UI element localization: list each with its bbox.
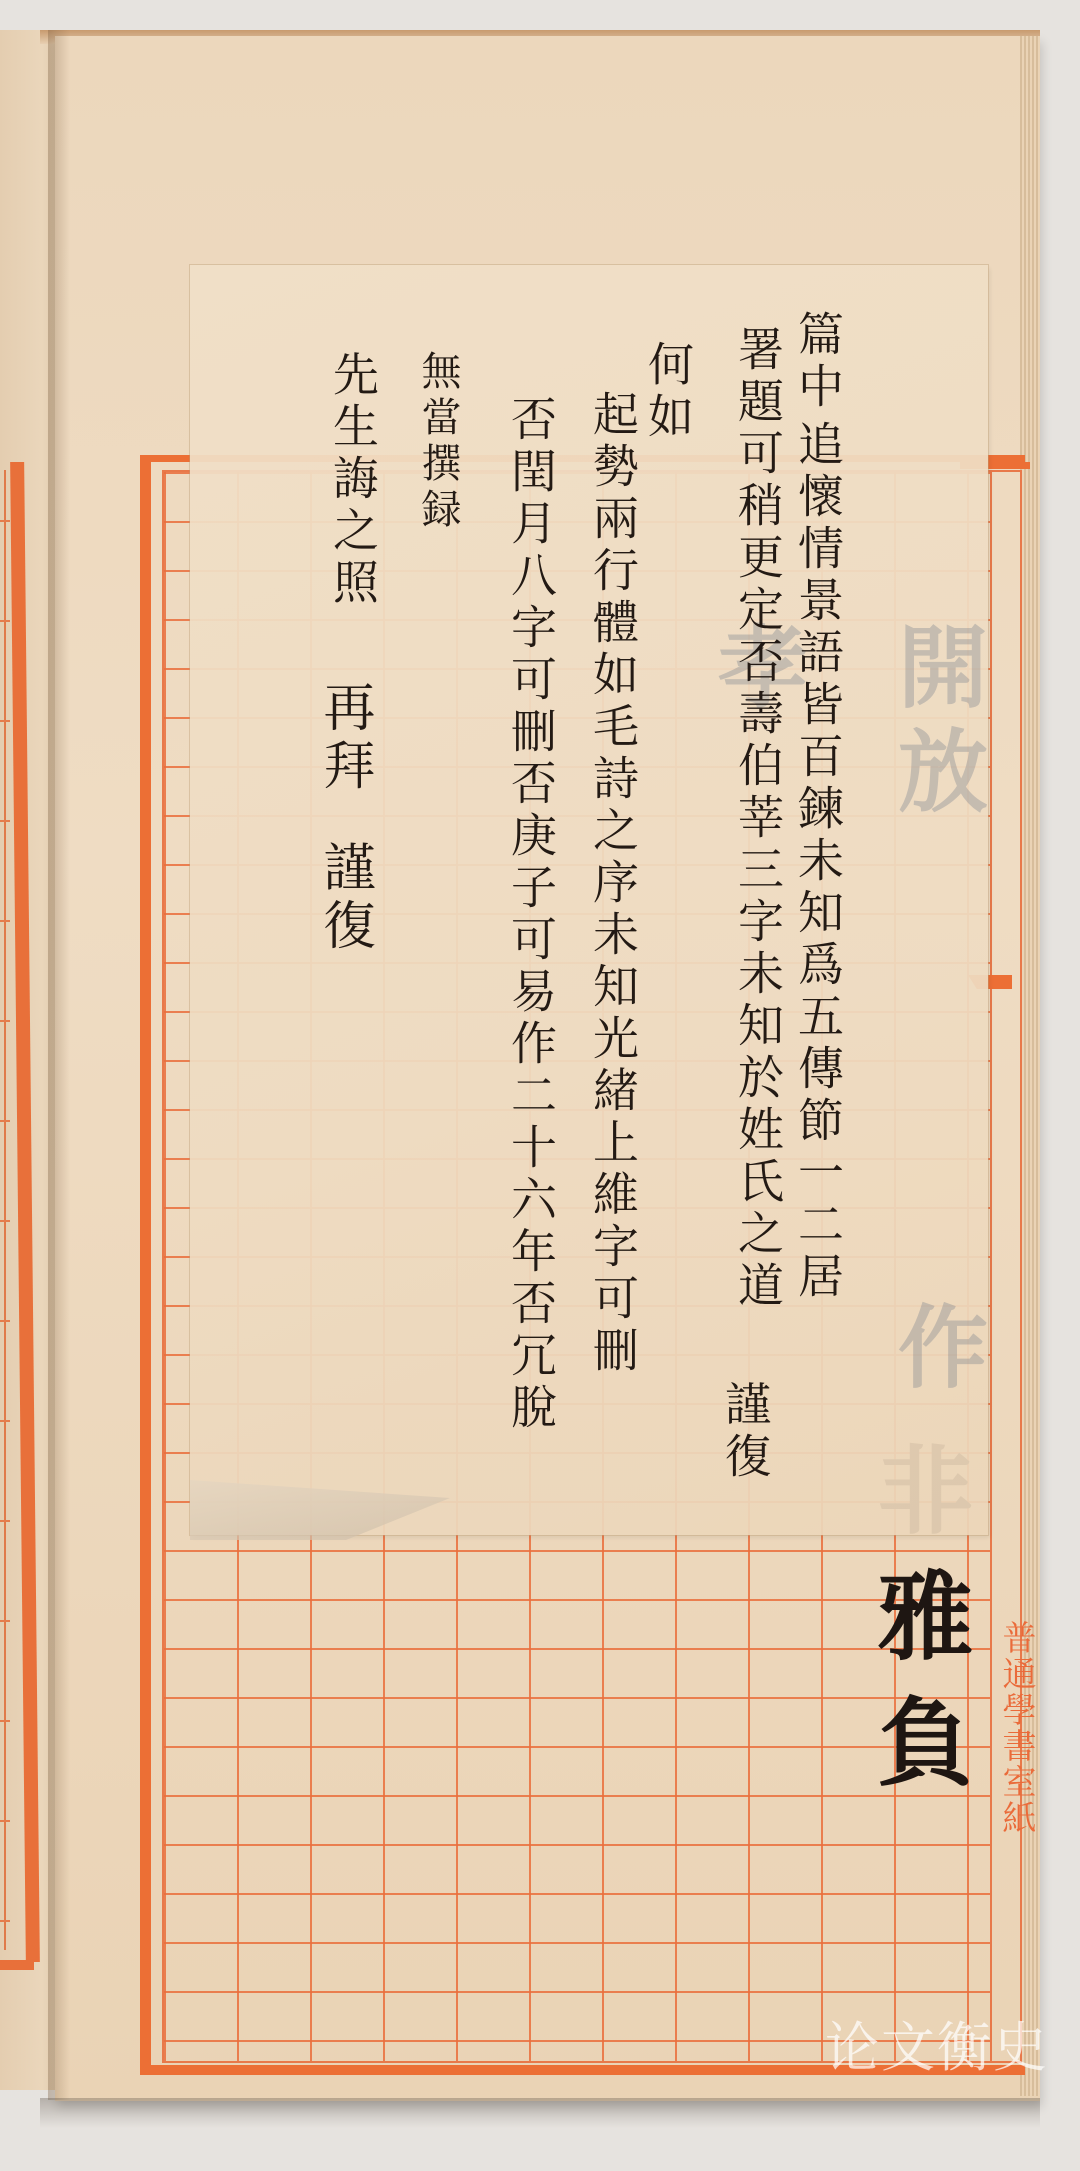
letter-column-3: 何如 — [645, 340, 691, 444]
left-page-rule — [0, 1920, 10, 1922]
left-page-bottom-border — [0, 1960, 34, 1970]
left-page-rule — [0, 1320, 10, 1322]
left-page-rule — [0, 720, 10, 722]
reply-mark: 謹復 — [722, 1380, 768, 1484]
left-page-frame-line — [4, 470, 6, 1950]
letter-column-4: 起勢兩行體如毛詩之序未知光緒上維字可刪 — [590, 390, 636, 1378]
left-page-rule — [0, 820, 10, 822]
letter-column-7: 先生誨之照 — [330, 350, 376, 610]
letter-closing: 謹復 — [318, 840, 370, 956]
book-spine-shadow — [48, 30, 70, 2100]
paper-maker-seal-text: 普通學書室紙 — [992, 1620, 1041, 1836]
left-page-rule — [0, 1720, 10, 1722]
left-page-rule — [0, 1820, 10, 1822]
letter-column-2: 署題可稍更定否壽伯莘三字未知於姓氏之道 — [735, 325, 781, 1313]
bleed-through-text: 開放 — [870, 620, 1000, 828]
left-page-rule — [0, 520, 10, 522]
left-page-rule — [0, 1120, 10, 1122]
letter-column-1: 追懷情景語皆百鍊未知爲五傳節一二居 — [795, 420, 841, 1304]
left-page-rule — [0, 1220, 10, 1222]
left-page-rule — [0, 1020, 10, 1022]
left-page-rule — [0, 1620, 10, 1622]
bleed-through-text: 作 — [870, 1300, 1000, 1404]
watermark-text: 论文衡史 — [825, 2005, 1049, 2082]
letter-column-5: 否閏月八字可刪否庚子可易作二十六年否冗脫 — [508, 395, 554, 1435]
left-page-rule — [0, 620, 10, 622]
left-page-rule — [0, 920, 10, 922]
left-page-rule — [0, 1520, 10, 1522]
left-page-rule — [0, 1420, 10, 1422]
letter-column-6: 無當撰録 — [418, 350, 458, 534]
letter-column-1-head: 篇中 — [795, 310, 841, 414]
letter-signoff: 再拜 — [318, 680, 370, 796]
book-shadow — [40, 2098, 1040, 2128]
